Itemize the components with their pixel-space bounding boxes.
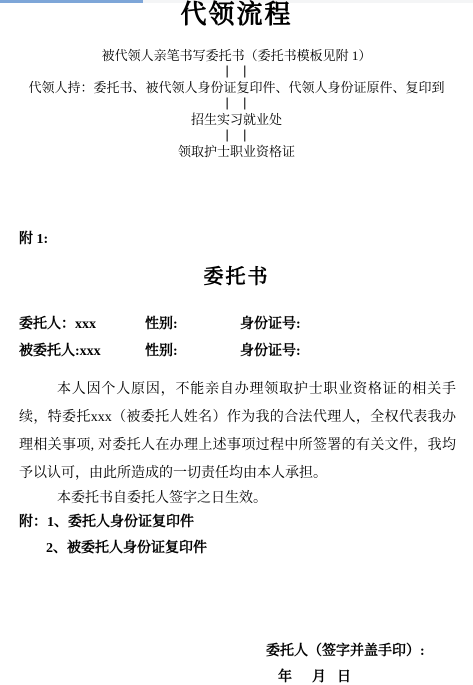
letter-title: 委托书 <box>0 260 473 289</box>
date-line: 年 月 日 <box>0 666 473 684</box>
flow-connector-3: | | <box>0 128 473 144</box>
document-page: 代领流程 被代领人亲笔书写委托书（委托书模板见附 1） | | 代领人持：委托书… <box>0 0 473 685</box>
attachments-line-1: 附：1、委托人身份证复印件 <box>19 511 194 531</box>
flowchart: 被代领人亲笔书写委托书（委托书模板见附 1） | | 代领人持：委托书、被代领人… <box>0 48 473 160</box>
day-label: 日 <box>337 666 351 685</box>
principal-gender-label: 性别: <box>145 313 178 333</box>
flow-title: 代领流程 <box>0 0 473 30</box>
flow-step-3: 招生实习就业处 <box>0 112 473 128</box>
principal-id-label: 身份证号: <box>240 313 301 333</box>
flow-step-4: 领取护士职业资格证 <box>0 144 473 160</box>
month-label: 月 <box>312 666 326 685</box>
agent-id-label: 身份证号: <box>240 340 301 360</box>
agent-gender-label: 性别: <box>145 340 178 360</box>
attachment-ref-label: 附 1: <box>19 228 48 248</box>
flow-connector-2: | | <box>0 96 473 112</box>
flow-step-1: 被代领人亲笔书写委托书（委托书模板见附 1） <box>0 48 473 64</box>
year-label: 年 <box>278 666 292 685</box>
principal-name-label: 委托人：xxx <box>19 313 96 333</box>
letter-body-paragraph: 本人因个人原因，不能亲自办理领取护士职业资格证的相关手续，特委托xxx（被委托人… <box>19 376 456 488</box>
agent-row: 被委托人:xxx 性别: 身份证号: <box>0 340 473 358</box>
flow-step-2: 代领人持：委托书、被代领人身份证复印件、代领人身份证原件、复印到 <box>0 80 473 96</box>
principal-row: 委托人：xxx 性别: 身份证号: <box>0 313 473 331</box>
effective-date-line: 本委托书自委托人签字之日生效。 <box>19 487 456 507</box>
flow-connector-1: | | <box>0 64 473 80</box>
attachments-line-2: 2、被委托人身份证复印件 <box>46 537 207 557</box>
signature-line: 委托人（签字并盖手印）: <box>266 640 425 660</box>
agent-name-label: 被委托人:xxx <box>19 340 101 360</box>
